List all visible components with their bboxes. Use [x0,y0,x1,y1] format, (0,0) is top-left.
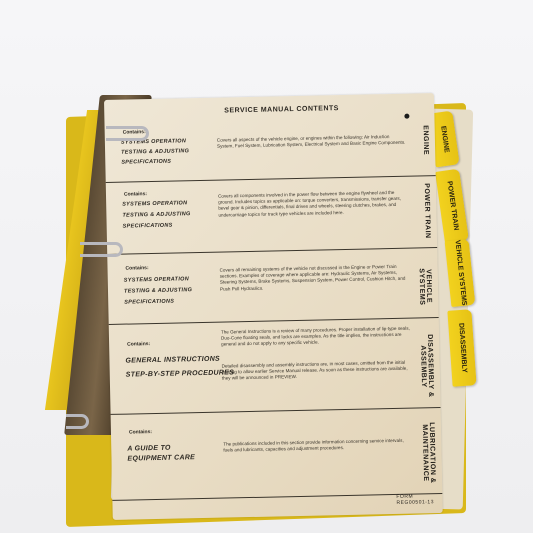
item-label: SYSTEMS OPERATION [122,200,187,207]
side-label: ENGINE [422,125,430,155]
contains-label: Contains: [124,191,147,197]
item-label: GENERAL INSTRUCTIONS [125,356,220,365]
side-label: LUBRICATION & MAINTENANCE [421,413,437,493]
form-number: FORM REG00501-13 [396,493,442,506]
section-vehicle-systems: Contains: SYSTEMS OPERATION TESTING & AD… [107,249,438,325]
section-engine: Contains: SYSTEMS OPERATION TESTING & AD… [104,113,435,183]
contains-label: Contains: [125,265,148,271]
section-description: Covers all remaining systems of the vehi… [220,264,410,293]
item-label: TESTING & ADJUSTING [122,211,190,218]
contains-label: Contains: [127,341,150,347]
binder-ring-bottom [66,414,89,429]
item-label: TESTING & ADJUSTING [124,287,192,294]
item-label: SPECIFICATIONS [123,223,173,230]
section-lubrication-maintenance: Contains: A GUIDE TO EQUIPMENT CARE The … [111,409,443,501]
binder-ring-middle [80,242,123,257]
page-title: SERVICE MANUAL CONTENTS [224,105,339,114]
contains-label: Contains: [129,429,152,435]
binder-ring-top [106,126,149,141]
section-description: The General Instructions is a review of … [221,326,411,349]
item-label: SPECIFICATIONS [124,299,174,306]
item-label: STEP-BY-STEP PROCEDURES [126,369,235,378]
section-power-train: Contains: SYSTEMS OPERATION TESTING & AD… [106,177,437,255]
contents-page: SERVICE MANUAL CONTENTS Contains: SYSTEM… [104,93,443,520]
side-label: VEHICLE SYSTEMS [417,255,432,317]
section-description: Covers all aspects of the vehicle engine… [217,134,407,150]
side-label: POWER TRAIN [423,183,431,238]
item-label: A GUIDE TO [127,445,171,453]
item-label: SYSTEMS OPERATION [124,276,189,283]
item-label: EQUIPMENT CARE [127,454,195,462]
side-label: DISASSEMBLY & ASSEMBLY [419,325,435,407]
section-description: The publications included in this sectio… [223,438,413,454]
item-label: TESTING & ADJUSTING [121,148,189,155]
section-description: Covers all components involved in the po… [218,190,408,219]
item-label: SPECIFICATIONS [121,159,171,166]
section-disassembly-assembly: Contains: GENERAL INSTRUCTIONS STEP-BY-S… [109,319,441,415]
section-description-2: Detailed disassembly and assembly instru… [222,360,412,383]
